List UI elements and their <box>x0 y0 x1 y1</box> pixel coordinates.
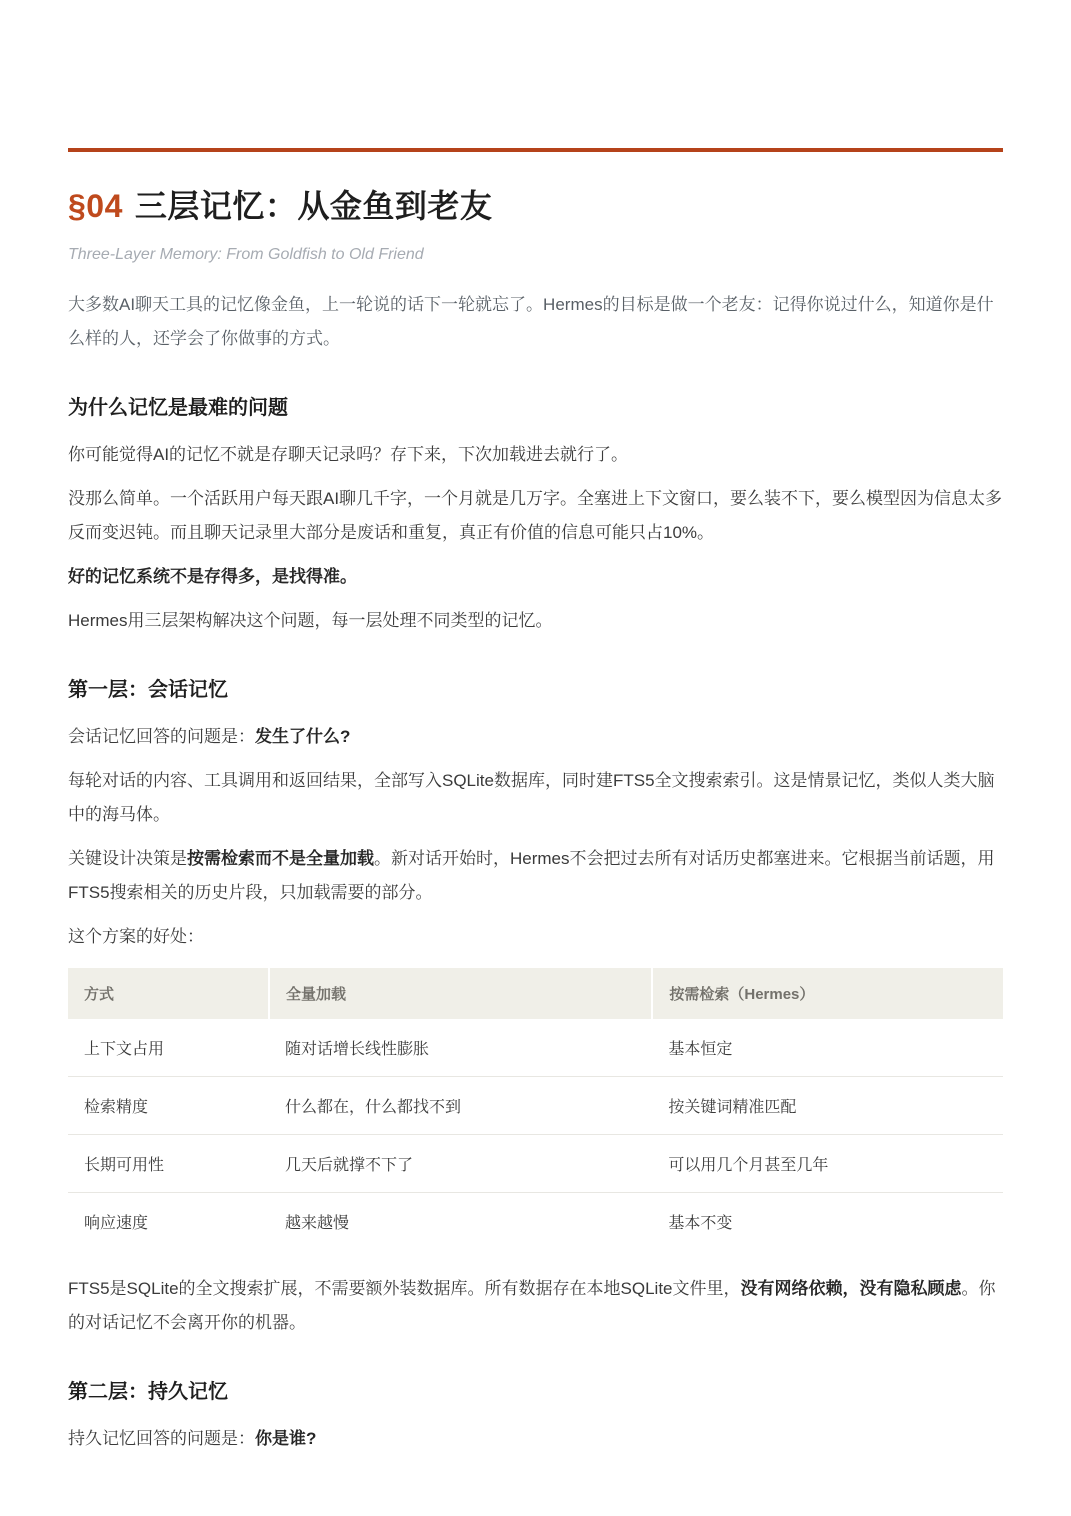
table-cell: 什么都在，什么都找不到 <box>269 1076 652 1134</box>
lede-paragraph: 大多数AI聊天工具的记忆像金鱼，上一轮说的话下一轮就忘了。Hermes的目标是做… <box>68 288 1003 356</box>
table-cell: 基本恒定 <box>652 1019 1003 1077</box>
table-cell: 检索精度 <box>68 1076 269 1134</box>
table-cell: 响应速度 <box>68 1192 269 1250</box>
table-header-on-demand: 按需检索（Hermes） <box>652 968 1003 1019</box>
fts5-prefix: FTS5是SQLite的全文搜索扩展，不需要额外装数据库。所有数据存在本地SQL… <box>68 1279 741 1298</box>
paragraph-why-3: Hermes用三层架构解决这个问题，每一层处理不同类型的记忆。 <box>68 604 1003 638</box>
section-number: §04 <box>68 188 123 224</box>
heading-layer2-persistent-memory: 第二层：持久记忆 <box>68 1378 1003 1406</box>
heading-why-memory-is-hard: 为什么记忆是最难的问题 <box>68 394 1003 422</box>
question-prefix: 会话记忆回答的问题是： <box>68 727 255 746</box>
section-title-text: 三层记忆：从金鱼到老友 <box>135 188 493 224</box>
paragraph-layer1-2: 关键设计决策是按需检索而不是全量加载。新对话开始时，Hermes不会把过去所有对… <box>68 842 1003 910</box>
table-cell: 几天后就撑不下了 <box>269 1134 652 1192</box>
page-title: §04三层记忆：从金鱼到老友 <box>68 186 1003 228</box>
table-cell: 上下文占用 <box>68 1019 269 1077</box>
design-decision-bold: 按需检索而不是全量加载 <box>187 849 374 868</box>
top-divider-rule <box>68 148 1003 152</box>
table-cell: 可以用几个月甚至几年 <box>652 1134 1003 1192</box>
table-row: 响应速度 越来越慢 基本不变 <box>68 1192 1003 1250</box>
paragraph-layer1-benefits-intro: 这个方案的好处： <box>68 920 1003 954</box>
table-cell: 随对话增长线性膨胀 <box>269 1019 652 1077</box>
table-cell: 基本不变 <box>652 1192 1003 1250</box>
subtitle-english: Three-Layer Memory: From Goldfish to Old… <box>68 244 1003 266</box>
table-cell: 按关键词精准匹配 <box>652 1076 1003 1134</box>
table-header-row: 方式 全量加载 按需检索（Hermes） <box>68 968 1003 1019</box>
paragraph-layer1-1: 每轮对话的内容、工具调用和返回结果，全部写入SQLite数据库，同时建FTS5全… <box>68 764 1003 832</box>
table-row: 上下文占用 随对话增长线性膨胀 基本恒定 <box>68 1019 1003 1077</box>
comparison-table: 方式 全量加载 按需检索（Hermes） 上下文占用 随对话增长线性膨胀 基本恒… <box>68 968 1003 1250</box>
question-bold: 你是谁? <box>255 1429 316 1448</box>
paragraph-fts5-privacy: FTS5是SQLite的全文搜索扩展，不需要额外装数据库。所有数据存在本地SQL… <box>68 1272 1003 1340</box>
table-cell: 越来越慢 <box>269 1192 652 1250</box>
table-row: 检索精度 什么都在，什么都找不到 按关键词精准匹配 <box>68 1076 1003 1134</box>
design-decision-prefix: 关键设计决策是 <box>68 849 187 868</box>
paragraph-layer2-question: 持久记忆回答的问题是：你是谁? <box>68 1422 1003 1456</box>
paragraph-layer1-question: 会话记忆回答的问题是：发生了什么? <box>68 720 1003 754</box>
question-prefix: 持久记忆回答的问题是： <box>68 1429 255 1448</box>
heading-layer1-session-memory: 第一层：会话记忆 <box>68 676 1003 704</box>
table-header-full-load: 全量加载 <box>269 968 652 1019</box>
document-page: §04三层记忆：从金鱼到老友 Three-Layer Memory: From … <box>0 0 1071 1456</box>
paragraph-why-1: 你可能觉得AI的记忆不就是存聊天记录吗？存下来，下次加载进去就行了。 <box>68 438 1003 472</box>
question-bold: 发生了什么? <box>255 727 350 746</box>
paragraph-why-2: 没那么简单。一个活跃用户每天跟AI聊几千字，一个月就是几万字。全塞进上下文窗口，… <box>68 482 1003 550</box>
privacy-bold: 没有网络依赖，没有隐私顾虑 <box>741 1279 962 1298</box>
key-point-statement: 好的记忆系统不是存得多，是找得准。 <box>68 560 1003 594</box>
table-row: 长期可用性 几天后就撑不下了 可以用几个月甚至几年 <box>68 1134 1003 1192</box>
table-header-method: 方式 <box>68 968 269 1019</box>
table-cell: 长期可用性 <box>68 1134 269 1192</box>
